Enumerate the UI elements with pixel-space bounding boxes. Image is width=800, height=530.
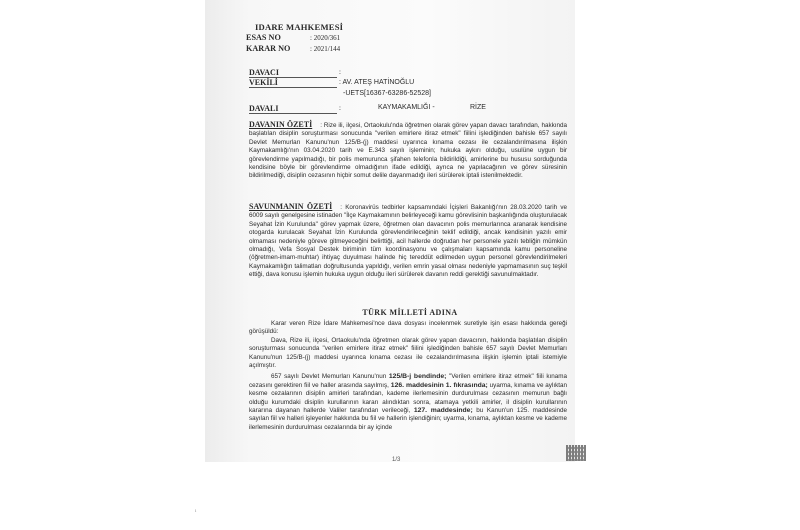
vekili-uets: -UETS[16367-63286-52528] xyxy=(343,90,431,97)
decision-title: TÜRK MİLLETİ ADINA xyxy=(240,308,580,317)
esas-no-label: ESAS NO xyxy=(246,33,304,42)
davaci-label: DAVACI xyxy=(249,68,337,78)
karar-no-value: : 2021/144 xyxy=(310,45,340,53)
law-paragraph: 657 sayılı Devlet Memurları Kanunu'nun 1… xyxy=(249,373,567,432)
davali-name: KAYMAKAMLIĞI - xyxy=(378,104,435,111)
savunmanin-ozeti-heading: SAVUNMANIN ÖZETİ xyxy=(249,202,332,211)
law-text: 657 sayılı Devlet Memurları Kanunu'nun xyxy=(271,373,389,380)
savunmanin-ozeti-text: : Koronavirüs tedbirler kapsamındaki İçi… xyxy=(249,204,567,278)
law-bold: 127. maddesinde; xyxy=(414,407,473,414)
court-name: IDARE MAHKEMESİ xyxy=(255,22,343,32)
davali-label: DAVALI xyxy=(249,104,337,114)
qr-code-icon xyxy=(566,445,586,461)
decision-body: Karar veren Rize İdare Mahkemesi'nce dav… xyxy=(249,320,567,432)
esas-no: ESAS NO: 2020/361 xyxy=(246,33,340,42)
davali-colon: : xyxy=(339,104,341,112)
davaci-value: : xyxy=(339,68,341,76)
vekili-label: VEKİLİ xyxy=(249,78,337,88)
davanin-ozeti-section: DAVANIN ÖZETİ: Rize ili, ilçesi, Ortaoku… xyxy=(249,121,567,181)
law-bold: 126. maddesinin 1. fıkrasında; xyxy=(391,382,488,389)
decision-paragraph: Dava, Rize ili, ilçesi, Ortaokulu'nda öğ… xyxy=(249,337,567,371)
karar-no: KARAR NO: 2021/144 xyxy=(246,44,340,53)
law-bold: 125/B-j bendinde; xyxy=(389,373,447,380)
scan-mark: ı xyxy=(195,509,196,514)
davanin-ozeti-heading: DAVANIN ÖZETİ xyxy=(249,120,312,129)
esas-no-value: : 2020/361 xyxy=(310,34,340,42)
vekili-value: : AV. ATEŞ HATİNOĞLU xyxy=(339,79,414,86)
davanin-ozeti-text: : Rize ili, ilçesi, Ortaokulu'nda öğretm… xyxy=(249,122,567,179)
page-number: 1/3 xyxy=(392,457,400,463)
davali-city: RİZE xyxy=(470,104,486,111)
decision-paragraph: Karar veren Rize İdare Mahkemesi'nce dav… xyxy=(249,320,567,337)
karar-no-label: KARAR NO xyxy=(246,44,304,53)
savunmanin-ozeti-section: SAVUNMANIN ÖZETİ: Koronavirüs tedbirler … xyxy=(249,203,567,280)
